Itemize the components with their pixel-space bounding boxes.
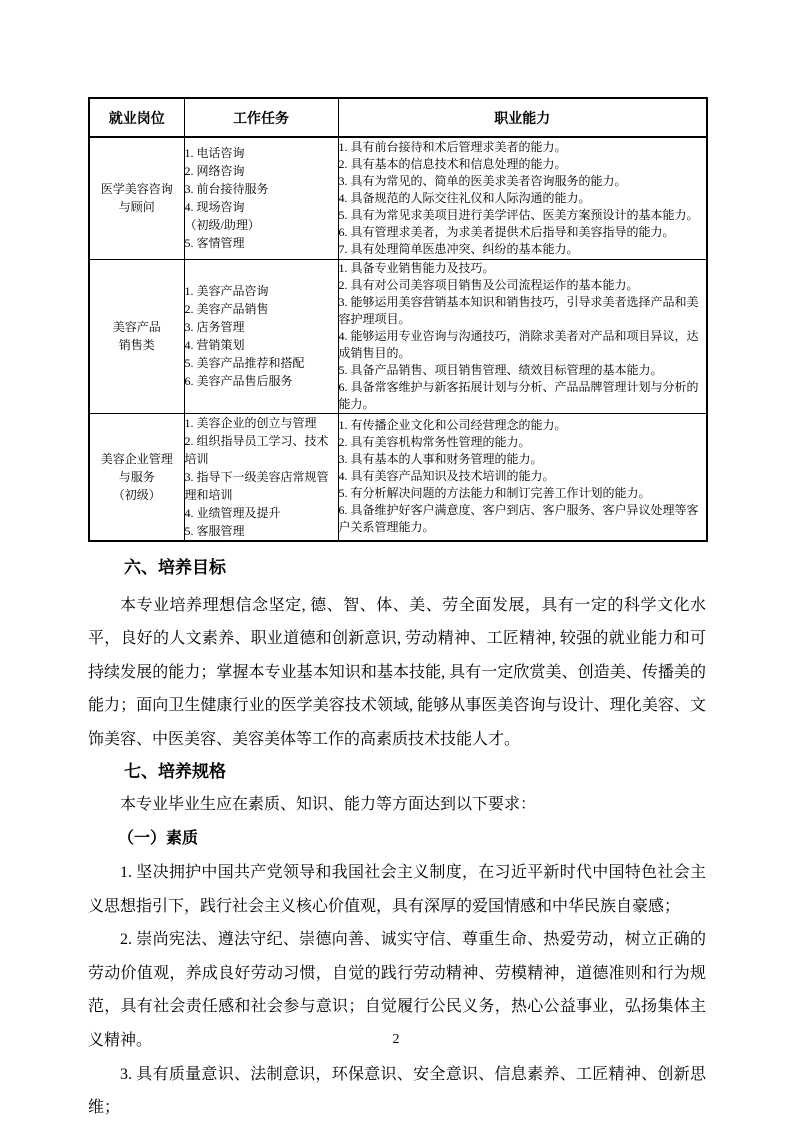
ability-item: 5. 具有为常见求美项目进行美学评估、医美方案预设计的基本能力。 <box>339 207 707 224</box>
task-item: 4. 营销策划 <box>185 336 338 354</box>
document-page: 就业岗位 工作任务 职业能力 医学美容咨询 与顾问 1. 电话咨询 2. 网络咨… <box>0 0 792 1121</box>
position-line: （初级） <box>90 486 184 504</box>
ability-item: 6. 具备常客维护与新客拓展计划与分析、产品品牌管理计划与分析的能力。 <box>339 379 707 413</box>
task-item: 3. 指导下一级美容店常规管理和培训 <box>185 468 338 504</box>
task-item: 4. 现场咨询 <box>185 198 338 216</box>
ability-item: 3. 能够运用美容营销基本知识和销售技巧，引导求美者选择产品和美容护理项目。 <box>339 294 707 328</box>
task-item: 2. 网络咨询 <box>185 162 338 180</box>
task-item: 5. 客情管理 <box>185 234 338 252</box>
table-row: 美容产品 销售类 1. 美容产品咨询 2. 美容产品销售 3. 店务管理 4. … <box>89 259 707 413</box>
cell-position: 美容企业管理 与服务 （初级） <box>89 413 184 541</box>
table-header-row: 就业岗位 工作任务 职业能力 <box>89 98 707 137</box>
task-item: 3. 前台接待服务 <box>185 180 338 198</box>
position-line: 美容产品 <box>90 318 184 336</box>
ability-item: 4. 具有美容产品知识及技术培训的能力。 <box>339 468 707 485</box>
task-item: 2. 组织指导员工学习、技术培训 <box>185 432 338 468</box>
table-row: 美容企业管理 与服务 （初级） 1. 美容企业的创立与管理 2. 组织指导员工学… <box>89 413 707 541</box>
section-heading-training-objectives: 六、培养目标 <box>88 556 706 580</box>
task-item: 4. 业绩管理及提升 <box>185 504 338 522</box>
task-item: 5. 客服管理 <box>185 522 338 540</box>
table-header-position: 就业岗位 <box>89 98 184 137</box>
page-number: 2 <box>0 1032 792 1048</box>
training-objectives-paragraph: 本专业培养理想信念坚定, 德、智、体、美、劳全面发展，具有一定的科学文化水平，良… <box>88 589 706 757</box>
task-item: 6. 美容产品售后服务 <box>185 372 338 390</box>
jobs-table: 就业岗位 工作任务 职业能力 医学美容咨询 与顾问 1. 电话咨询 2. 网络咨… <box>88 97 708 542</box>
ability-item: 6. 具有管理求美者，为求美者提供术后指导和美容指导的能力。 <box>339 224 707 241</box>
table-header-tasks: 工作任务 <box>184 98 338 137</box>
ability-item: 1. 具备专业销售能力及技巧。 <box>339 260 707 277</box>
ability-item: 2. 具有基本的信息技术和信息处理的能力。 <box>339 156 707 173</box>
ability-item: 2. 具有美容机构常务性管理的能力。 <box>339 434 707 451</box>
task-item: 5. 美容产品推荐和搭配 <box>185 354 338 372</box>
training-specifications-paragraph: 本专业毕业生应在素质、知识、能力等方面达到以下要求： <box>88 788 706 822</box>
position-line: 美容企业管理 <box>90 450 184 468</box>
ability-item: 5. 具备产品销售、项目销售管理、绩效目标管理的基本能力。 <box>339 362 707 379</box>
ability-item: 4. 具备规范的人际交往礼仪和人际沟通的能力。 <box>339 190 707 207</box>
cell-tasks: 1. 美容产品咨询 2. 美容产品销售 3. 店务管理 4. 营销策划 5. 美… <box>184 259 338 413</box>
task-item: 1. 美容产品咨询 <box>185 282 338 300</box>
position-line: 与顾问 <box>90 198 184 216</box>
ability-item: 6. 具备维护好客户满意度、客户到店、客户服务、客户异议处理等客户关系管理能力。 <box>339 502 707 536</box>
ability-item: 3. 具有基本的人事和财务管理的能力。 <box>339 451 707 468</box>
cell-abilities: 1. 具有前台接待和术后管理求美者的能力。 2. 具有基本的信息技术和信息处理的… <box>338 137 707 259</box>
table-row: 医学美容咨询 与顾问 1. 电话咨询 2. 网络咨询 3. 前台接待服务 4. … <box>89 137 707 259</box>
cell-position: 医学美容咨询 与顾问 <box>89 137 184 259</box>
task-item: （初级/助理） <box>185 216 338 234</box>
position-line: 医学美容咨询 <box>90 180 184 198</box>
section-heading-training-specifications: 七、培养规格 <box>88 760 706 784</box>
cell-position: 美容产品 销售类 <box>89 259 184 413</box>
task-item: 1. 电话咨询 <box>185 144 338 162</box>
quality-paragraph-1: 1. 坚决拥护中国共产党领导和我国社会主义制度，在习近平新时代中国特色社会主义思… <box>88 856 706 923</box>
ability-item: 5. 有分析解决问题的方法能力和制订完善工作计划的能力。 <box>339 485 707 502</box>
ability-item: 2. 具有对公司美容项目销售及公司流程运作的基本能力。 <box>339 277 707 294</box>
document-content: 就业岗位 工作任务 职业能力 医学美容咨询 与顾问 1. 电话咨询 2. 网络咨… <box>88 97 706 1121</box>
task-item: 2. 美容产品销售 <box>185 300 338 318</box>
cell-abilities: 1. 具备专业销售能力及技巧。 2. 具有对公司美容项目销售及公司流程运作的基本… <box>338 259 707 413</box>
position-line: 与服务 <box>90 468 184 486</box>
ability-item: 1. 具有前台接待和术后管理求美者的能力。 <box>339 139 707 156</box>
table-header-abilities: 职业能力 <box>338 98 707 137</box>
ability-item: 4. 能够运用专业咨询与沟通技巧，消除求美者对产品和项目异议，达成销售目的。 <box>339 328 707 362</box>
ability-item: 7. 具有处理简单医患冲突、纠纷的基本能力。 <box>339 241 707 258</box>
cell-tasks: 1. 美容企业的创立与管理 2. 组织指导员工学习、技术培训 3. 指导下一级美… <box>184 413 338 541</box>
cell-abilities: 1. 有传播企业文化和公司经营理念的能力。 2. 具有美容机构常务性管理的能力。… <box>338 413 707 541</box>
ability-item: 3. 具有为常见的、简单的医美求美者咨询服务的能力。 <box>339 173 707 190</box>
task-item: 1. 美容企业的创立与管理 <box>185 414 338 432</box>
task-item: 3. 店务管理 <box>185 318 338 336</box>
position-line: 销售类 <box>90 336 184 354</box>
quality-paragraph-3: 3. 具有质量意识、法制意识，环保意识、安全意识、信息素养、工匠精神、创新思维； <box>88 1058 706 1121</box>
ability-item: 1. 有传播企业文化和公司经营理念的能力。 <box>339 417 707 434</box>
cell-tasks: 1. 电话咨询 2. 网络咨询 3. 前台接待服务 4. 现场咨询 （初级/助理… <box>184 137 338 259</box>
subsection-heading-quality: （一）素质 <box>88 824 706 854</box>
